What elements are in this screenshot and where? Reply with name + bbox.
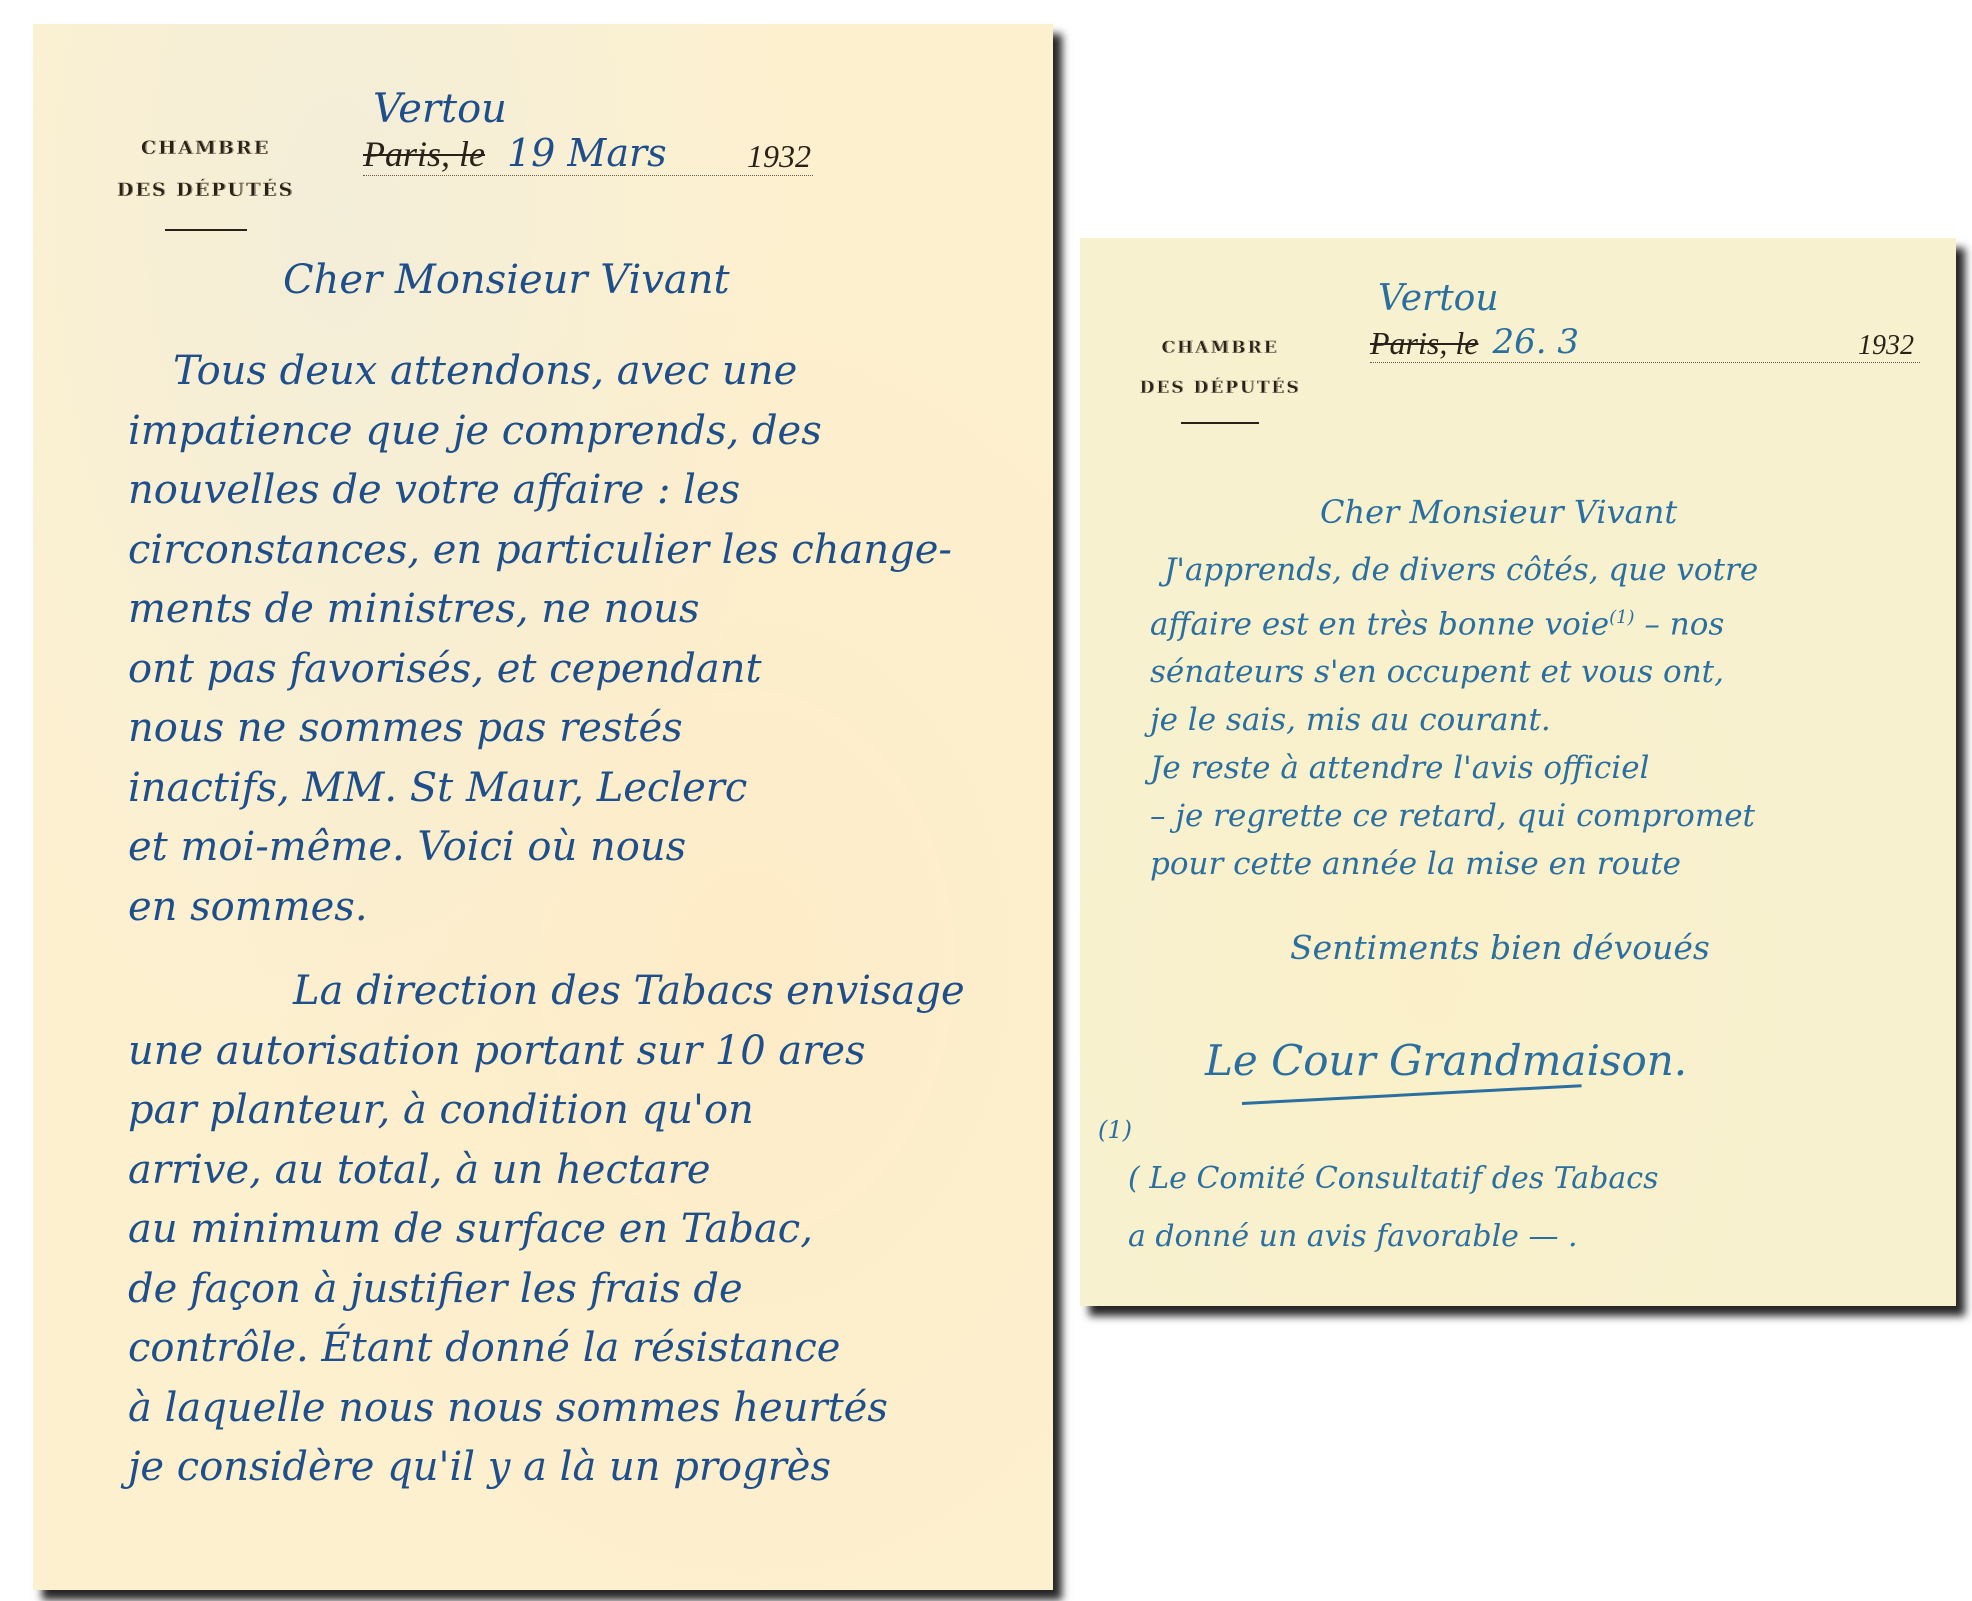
- letter-body: Tous deux attendons, avec une impatience…: [128, 342, 965, 1498]
- body-line: je le sais, mis au courant.: [1150, 696, 1758, 744]
- date-year: 1932: [1858, 330, 1914, 362]
- letterhead-line-2: DES DÉPUTÉS: [78, 169, 333, 211]
- body-line: nous ne sommes pas restés: [128, 699, 965, 759]
- body-line: impatience que je comprends, des: [128, 402, 965, 462]
- letterhead-line-2: DES DÉPUTÉS: [1120, 368, 1320, 408]
- printed-place: Paris, le: [1370, 325, 1478, 362]
- letter-1932-03-26: CHAMBRE DES DÉPUTÉS Vertou Paris, le 26.…: [1080, 238, 1956, 1306]
- printed-place: Paris, le: [363, 133, 485, 175]
- body-line: arrive, au total, à un hectare: [128, 1141, 965, 1201]
- body-line: ont pas favorisés, et cependant: [128, 640, 965, 700]
- letterhead-line-1: CHAMBRE: [78, 127, 333, 169]
- body-line-text: affaire est en très bonne voie: [1150, 606, 1609, 642]
- salutation: Cher Monsieur Vivant: [1320, 493, 1677, 531]
- body-line-suffix: – nos: [1644, 606, 1724, 642]
- letterhead-rule: [1181, 422, 1259, 424]
- body-line: affaire est en très bonne voie(1) – nos: [1150, 594, 1758, 648]
- footnote: ( Le Comité Consultatif des Tabacs a don…: [1128, 1150, 1658, 1266]
- dateline: Paris, le 19 Mars 1932: [363, 119, 813, 176]
- letter-body: J'apprends, de divers côtés, que votre a…: [1150, 546, 1758, 888]
- body-line: nouvelles de votre affaire : les: [128, 461, 965, 521]
- date-year: 1932: [747, 138, 811, 175]
- date-value: 19 Mars: [507, 131, 667, 175]
- body-line: ments de ministres, ne nous: [128, 580, 965, 640]
- signature: Le Cour Grandmaison.: [1205, 1036, 1687, 1085]
- salutation: Cher Monsieur Vivant: [283, 257, 730, 303]
- body-line: une autorisation portant sur 10 ares: [128, 1022, 965, 1082]
- letterhead-rule: [165, 229, 247, 231]
- footnote-reference: (1): [1609, 607, 1635, 628]
- letterhead: CHAMBRE DES DÉPUTÉS: [78, 127, 333, 231]
- body-line: Tous deux attendons, avec une: [128, 342, 965, 402]
- body-line: sénateurs s'en occupent et vous ont,: [1150, 648, 1758, 696]
- letter-1932-03-19: CHAMBRE DES DÉPUTÉS Vertou Paris, le 19 …: [33, 24, 1053, 1590]
- body-line: Je reste à attendre l'avis officiel: [1150, 744, 1758, 792]
- footnote-line: a donné un avis favorable — .: [1128, 1208, 1658, 1266]
- body-line: par planteur, à condition qu'on: [128, 1081, 965, 1141]
- footnote-line: ( Le Comité Consultatif des Tabacs: [1128, 1150, 1658, 1208]
- body-line: J'apprends, de divers côtés, que votre: [1150, 546, 1758, 594]
- footnote-marker: (1): [1098, 1116, 1132, 1144]
- body-line: inactifs, MM. St Maur, Leclerc: [128, 759, 965, 819]
- body-line: La direction des Tabacs envisage: [128, 962, 965, 1022]
- body-line: pour cette année la mise en route: [1150, 840, 1758, 888]
- body-line: à laquelle nous nous sommes heurtés: [128, 1379, 965, 1439]
- body-line: au minimum de surface en Tabac,: [128, 1200, 965, 1260]
- signature-underline: [1242, 1084, 1582, 1105]
- body-line: circonstances, en particulier les change…: [128, 521, 965, 581]
- body-line: et moi-même. Voici où nous: [128, 818, 965, 878]
- body-line: – je regrette ce retard, qui compromet: [1150, 792, 1758, 840]
- body-line: de façon à justifier les frais de: [128, 1260, 965, 1320]
- closing: Sentiments bien dévoués: [1290, 928, 1710, 967]
- letterhead-line-1: CHAMBRE: [1120, 328, 1320, 368]
- body-line: contrôle. Étant donné la résistance: [128, 1319, 965, 1379]
- date-value: 26. 3: [1492, 322, 1579, 362]
- dateline: Paris, le 26. 3 1932: [1370, 310, 1920, 363]
- body-line: en sommes.: [128, 878, 965, 938]
- body-line: je considère qu'il y a là un progrès: [128, 1438, 965, 1498]
- letterhead: CHAMBRE DES DÉPUTÉS: [1120, 328, 1320, 424]
